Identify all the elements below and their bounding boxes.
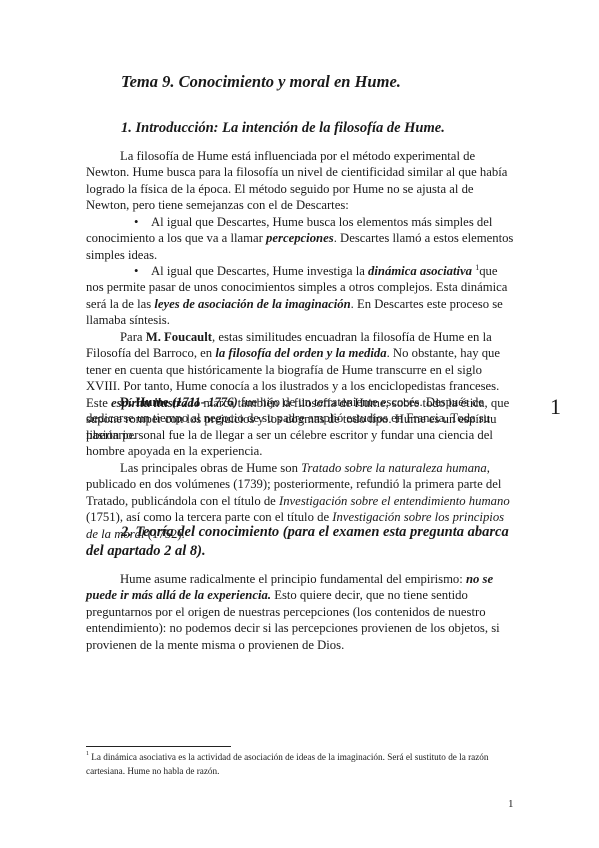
page-number: 1 [508, 798, 514, 810]
work-entendimiento: Investigación sobre el entendimiento hum… [279, 494, 510, 508]
footnote: 1 La dinámica asociativa es la actividad… [86, 751, 526, 778]
document-title: Tema 9. Conocimiento y moral en Hume. [121, 72, 401, 92]
name-hume: D. Hume [120, 395, 169, 409]
bullet-item-dinamica-asociativa: •Al igual que Descartes, Hume investiga … [86, 263, 516, 329]
section-2-heading: 2. Teoría del conocimiento (para el exam… [86, 523, 526, 561]
margin-number: 1 [550, 394, 561, 420]
work-tratado: Tratado sobre la naturaleza humana [301, 461, 487, 475]
bullet-icon: • [134, 263, 151, 279]
empiricism-paragraph: Hume asume radicalmente el principio fun… [86, 571, 516, 653]
footnote-marker: 1 [86, 751, 89, 757]
intro-paragraph: La filosofía de Hume está influenciada p… [86, 148, 516, 214]
section-1-heading: 1. Introducción: La intención de la filo… [121, 120, 445, 137]
emphasis-dinamica-asociativa: dinámica asociativa [368, 264, 472, 278]
name-foucault: M. Foucault [146, 330, 212, 344]
biography-paragraph: D. Hume (1711- 1776) fue hijo de un terr… [86, 394, 516, 460]
bullet-icon: • [134, 214, 151, 230]
hume-dates: (1711- 1776) [172, 395, 238, 409]
document-page: Tema 9. Conocimiento y moral en Hume. 1.… [0, 0, 599, 848]
footnote-divider [86, 746, 231, 747]
emphasis-leyes-asociacion: leyes de asociación de la imaginación [154, 297, 350, 311]
emphasis-percepciones: percepciones [266, 231, 334, 245]
emphasis-orden-medida: la filosofía del orden y la medida [215, 346, 386, 360]
bullet-item-percepciones: •Al igual que Descartes, Hume busca los … [86, 214, 516, 263]
